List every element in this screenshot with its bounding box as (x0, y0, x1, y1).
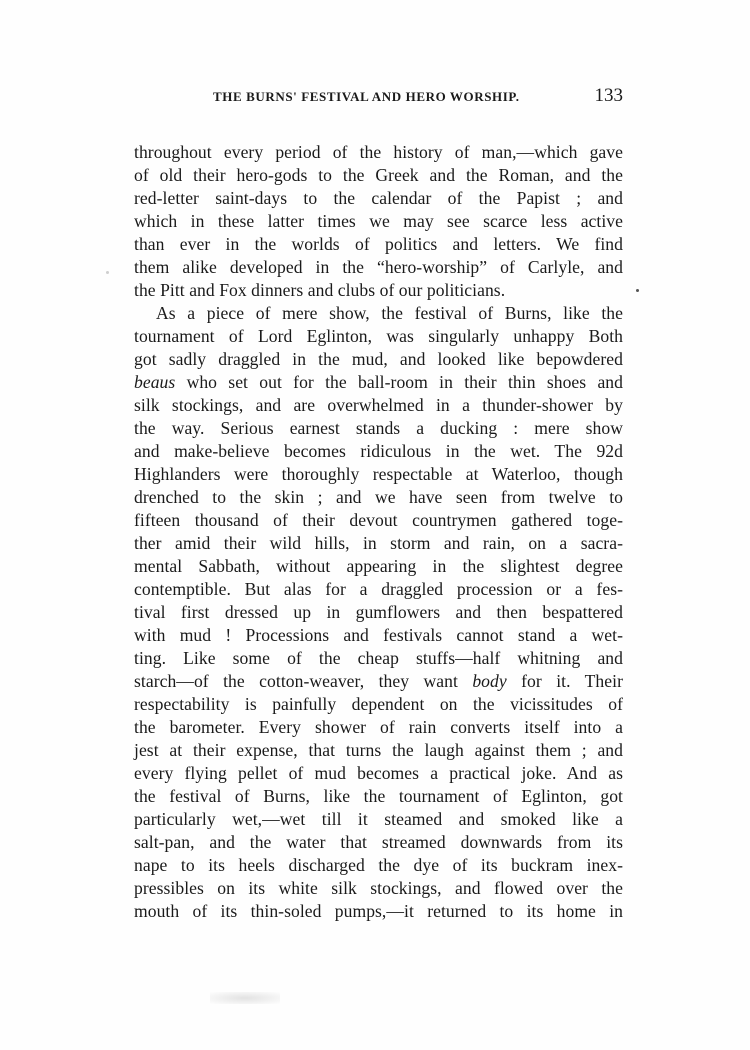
italic-word: body (472, 671, 506, 691)
text-line: particularly wet,—wet till it steamed an… (134, 808, 623, 831)
running-title: THE BURNS' FESTIVAL AND HERO WORSHIP. (213, 89, 520, 105)
text-line: respectability is painfully dependent on… (134, 693, 623, 716)
line-post: who set out for the ball-room in their t… (175, 372, 623, 392)
text-line: contemptible. But alas for a draggled pr… (134, 578, 623, 601)
text-line: tival first dressed up in gumflowers and… (134, 601, 623, 624)
text-line: the festival of Burns, like the tourname… (134, 785, 623, 808)
text-line: ther amid their wild hills, in storm and… (134, 532, 623, 555)
body-text: throughout every period of the history o… (134, 141, 623, 923)
text-line: with mud ! Processions and festivals can… (134, 624, 623, 647)
text-line: got sadly draggled in the mud, and looke… (134, 348, 623, 371)
text-line: beaus who set out for the ball-room in t… (134, 371, 623, 394)
paper-speck (106, 271, 109, 274)
text-line: jest at their expense, that turns the la… (134, 739, 623, 762)
text-line: mouth of its thin-soled pumps,—it return… (134, 900, 623, 923)
text-line: Highlanders were thoroughly respectable … (134, 463, 623, 486)
text-line: fifteen thousand of their devout country… (134, 509, 623, 532)
text-line: throughout every period of the history o… (134, 141, 623, 164)
text-line: nape to its heels discharged the dye of … (134, 854, 623, 877)
text-line: silk stockings, and are overwhelmed in a… (134, 394, 623, 417)
text-line: mental Sabbath, without appearing in the… (134, 555, 623, 578)
line-post: for it. Their (507, 671, 623, 691)
paragraph-start-line: As a piece of mere show, the festival of… (134, 302, 623, 325)
text-line: starch—of the cotton-weaver, they want b… (134, 670, 623, 693)
text-line: which in these latter times we may see s… (134, 210, 623, 233)
text-line: pressibles on its white silk stockings, … (134, 877, 623, 900)
text-line: and make-believe becomes ridiculous in t… (134, 440, 623, 463)
text-line: them alike developed in the “hero-worshi… (134, 256, 623, 279)
italic-word: beaus (134, 372, 175, 392)
running-head: THE BURNS' FESTIVAL AND HERO WORSHIP. 13… (213, 87, 623, 109)
book-page: THE BURNS' FESTIVAL AND HERO WORSHIP. 13… (0, 0, 750, 1050)
text-line: than ever in the worlds of politics and … (134, 233, 623, 256)
text-line: salt-pan, and the water that streamed do… (134, 831, 623, 854)
text-line: drenched to the skin ; and we have seen … (134, 486, 623, 509)
text-line: every flying pellet of mud becomes a pra… (134, 762, 623, 785)
line-pre: starch—of the cotton-weaver, they want (134, 671, 472, 691)
text-line: of old their hero-gods to the Greek and … (134, 164, 623, 187)
text-line: ting. Like some of the cheap stuffs—half… (134, 647, 623, 670)
paragraph-end-line: the Pitt and Fox dinners and clubs of ou… (134, 279, 623, 302)
text-line: the way. Serious earnest stands a duckin… (134, 417, 623, 440)
text-line: the barometer. Every shower of rain conv… (134, 716, 623, 739)
paper-speck (636, 289, 639, 292)
page-number: 133 (595, 85, 624, 107)
paper-smudge (210, 992, 280, 1004)
text-line: tournament of Lord Eglinton, was singula… (134, 325, 623, 348)
text-line: red-letter saint-days to the calendar of… (134, 187, 623, 210)
